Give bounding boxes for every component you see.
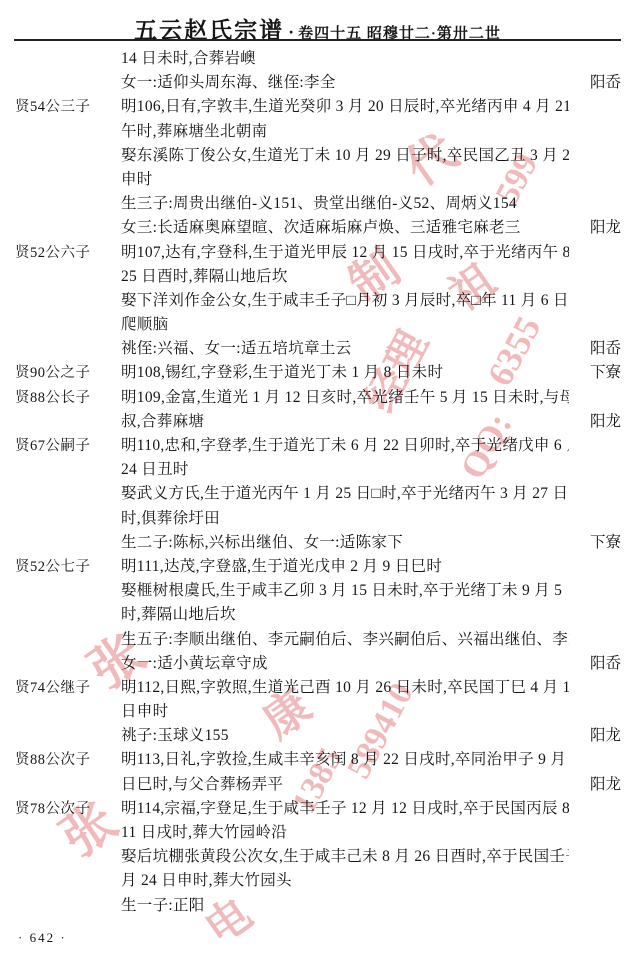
entry-text-line: 24 日丑时 <box>121 458 569 482</box>
record-row: 祧侄:兴福、女一:适五培坑章土云阳岙 <box>15 337 621 361</box>
record-row: 月 24 日申时,葬大竹园头 <box>15 869 621 893</box>
record-row: 娶后坑棚张黄段公次女,生于咸丰己未 8 月 26 日酉时,卒于民国壬子 11 <box>15 845 621 869</box>
place-tag: 阳岙 <box>569 71 621 95</box>
record-row: 贤52公六子明107,达有,字登科,生于道光甲辰 12 月 15 日戌时,卒于光… <box>15 241 621 265</box>
margin-generation-label: 贤52公六子 <box>15 241 121 265</box>
place-tag: 阳龙 <box>569 724 621 748</box>
header-divider <box>14 39 621 41</box>
record-row: 娶东溪陈丁俊公女,生道光丁未 10 月 29 日子时,卒民国乙丑 3 月 29 … <box>15 144 621 168</box>
margin-generation-label: 贤78公次子 <box>15 797 121 821</box>
entry-text-line: 娶武义方氏,生于道光丙午 1 月 25 日□时,卒于光绪丙午 3 月 27 日未 <box>121 482 569 506</box>
record-row: 贤52公七子明111,达茂,字登盛,生于道光戊申 2 月 9 日巳时 <box>15 555 621 579</box>
record-row: 日申时 <box>15 700 621 724</box>
entry-text-line: 明106,日有,字敦丰,生道光癸卯 3 月 20 日辰时,卒光绪丙申 4 月 2… <box>121 95 569 119</box>
place-tag: 阳龙 <box>569 216 621 240</box>
entry-text-line: 祧子:玉球义155 <box>121 724 569 748</box>
record-row: 贤88公次子明113,日礼,字敦捡,生咸丰辛亥闰 8 月 22 日戌时,卒同治甲… <box>15 748 621 772</box>
entry-text-line: 明113,日礼,字敦捡,生咸丰辛亥闰 8 月 22 日戌时,卒同治甲子 9 月 … <box>121 748 569 772</box>
entry-text-line: 明114,宗福,字登足,生于咸丰壬子 12 月 12 日戌时,卒于民国丙辰 8 … <box>121 797 569 821</box>
entry-text-line: 生三子:周贵出继伯-义151、贵堂出继伯-义52、周炳义154 <box>121 192 569 216</box>
place-tag: 阳龙 <box>569 773 621 797</box>
record-row: 爬顺脑 <box>15 313 621 337</box>
entry-text-line: 明108,锡红,字登彩,生于道光丁未 1 月 8 日未时 <box>121 361 569 385</box>
record-row: 申时 <box>15 168 621 192</box>
record-row: 女三:长适麻奥麻望暄、次适麻垢麻卢焕、三适雅宅麻老三阳龙 <box>15 216 621 240</box>
record-row: 贤67公嗣子明110,忠和,字登孝,生于道光丁未 6 月 22 日卯时,卒于光绪… <box>15 434 621 458</box>
record-row: 25 日酉时,葬隔山地后坎 <box>15 265 621 289</box>
record-row: 贤88公长子明109,金富,生道光 1 月 12 日亥时,卒光绪壬午 5 月 1… <box>15 386 621 410</box>
record-row: 生三子:周贵出继伯-义151、贵堂出继伯-义52、周炳义154 <box>15 192 621 216</box>
entry-text-line: 午时,葬麻塘坐北朝南 <box>121 120 569 144</box>
entry-text-line: 生一子:正阳 <box>121 894 569 918</box>
entry-text-line: 日巳时,与父合葬杨弄平 <box>121 773 569 797</box>
margin-generation-label: 贤67公嗣子 <box>15 434 121 458</box>
record-row: 14 日未时,合葬岩㠗 <box>15 47 621 71</box>
entry-text-line: 娶后坑棚张黄段公次女,生于咸丰己未 8 月 26 日酉时,卒于民国壬子 11 <box>121 845 569 869</box>
record-row: 生五子:李顺出继伯、李元嗣伯后、李兴嗣伯后、兴福出继伯、李才 <box>15 628 621 652</box>
margin-generation-label: 贤52公七子 <box>15 555 121 579</box>
entry-text-line: 月 24 日申时,葬大竹园头 <box>121 869 569 893</box>
record-row: 时,葬隔山地后坎 <box>15 603 621 627</box>
entry-text-line: 生五子:李顺出继伯、李元嗣伯后、李兴嗣伯后、兴福出继伯、李才 <box>121 628 569 652</box>
margin-generation-label: 贤88公次子 <box>15 748 121 772</box>
record-row: 娶武义方氏,生于道光丙午 1 月 25 日□时,卒于光绪丙午 3 月 27 日未 <box>15 482 621 506</box>
entry-text-line: 明112,日熙,字敦照,生道光己酉 10 月 26 日未时,卒民国丁巳 4 月 … <box>121 676 569 700</box>
entry-text-line: 娶东溪陈丁俊公女,生道光丁未 10 月 29 日子时,卒民国乙丑 3 月 29 … <box>121 144 569 168</box>
record-row: 24 日丑时 <box>15 458 621 482</box>
entry-text-line: 叔,合葬麻塘 <box>121 410 569 434</box>
margin-generation-label: 贤88公长子 <box>15 386 121 410</box>
entry-text-line: 明109,金富,生道光 1 月 12 日亥时,卒光绪壬午 5 月 15 日未时,… <box>121 386 569 410</box>
record-row: 11 日戌时,葬大竹园岭沿 <box>15 821 621 845</box>
record-row: 贤90公之子明108,锡红,字登彩,生于道光丁未 1 月 8 日未时下寮 <box>15 361 621 385</box>
place-tag: 阳岙 <box>569 337 621 361</box>
entry-text-line: 申时 <box>121 168 569 192</box>
record-row: 贤78公次子明114,宗福,字登足,生于咸丰壬子 12 月 12 日戌时,卒于民… <box>15 797 621 821</box>
record-row: 娶榧树根虞氏,生于咸丰乙卯 3 月 15 日未时,卒于光绪丁未 9 月 5 日酉 <box>15 579 621 603</box>
entry-text-line: 明107,达有,字登科,生于道光甲辰 12 月 15 日戌时,卒于光绪丙午 8 … <box>121 241 569 265</box>
place-tag: 下寮 <box>569 361 621 385</box>
place-tag: 下寮 <box>569 531 621 555</box>
record-row: 生一子:正阳 <box>15 894 621 918</box>
record-row: 午时,葬麻塘坐北朝南 <box>15 120 621 144</box>
records-list: 14 日未时,合葬岩㠗女一:适仰头周东海、继侄:李全阳岙贤54公三子明106,日… <box>15 47 621 918</box>
entry-text-line: 娶榧树根虞氏,生于咸丰乙卯 3 月 15 日未时,卒于光绪丁未 9 月 5 日酉 <box>121 579 569 603</box>
entry-text-line: 25 日酉时,葬隔山地后坎 <box>121 265 569 289</box>
place-tag: 阳岙 <box>569 652 621 676</box>
record-row: 女一:适仰头周东海、继侄:李全阳岙 <box>15 71 621 95</box>
record-row: 叔,合葬麻塘阳龙 <box>15 410 621 434</box>
entry-text-line: 时,葬隔山地后坎 <box>121 603 569 627</box>
entry-text-line: 爬顺脑 <box>121 313 569 337</box>
record-row: 娶下洋刘作金公女,生于咸丰壬子□月初 3 月辰时,卒□年 11 月 6 日,葬 <box>15 289 621 313</box>
margin-generation-label: 贤74公继子 <box>15 676 121 700</box>
genealogy-page: 代599制祖经理6355QQ:张康5894101385张电 五云赵氏宗谱·卷四十… <box>0 0 635 968</box>
margin-generation-label: 贤54公三子 <box>15 95 121 119</box>
entry-text-line: 娶下洋刘作金公女,生于咸丰壬子□月初 3 月辰时,卒□年 11 月 6 日,葬 <box>121 289 569 313</box>
entry-text-line: 祧侄:兴福、女一:适五培坑章土云 <box>121 337 569 361</box>
entry-text-line: 明110,忠和,字登孝,生于道光丁未 6 月 22 日卯时,卒于光绪戊申 6 月 <box>121 434 569 458</box>
record-row: 贤54公三子明106,日有,字敦丰,生道光癸卯 3 月 20 日辰时,卒光绪丙申… <box>15 95 621 119</box>
entry-text-line: 明111,达茂,字登盛,生于道光戊申 2 月 9 日巳时 <box>121 555 569 579</box>
entry-text-line: 生二子:陈标,兴标出继伯、女一:适陈家下 <box>121 531 569 555</box>
entry-text-line: 11 日戌时,葬大竹园岭沿 <box>121 821 569 845</box>
place-tag: 阳龙 <box>569 410 621 434</box>
record-row: 女一:适小黄坛章守成阳岙 <box>15 652 621 676</box>
page-number: · 642 · <box>18 930 67 946</box>
record-row: 日巳时,与父合葬杨弄平阳龙 <box>15 773 621 797</box>
entry-text-line: 女一:适小黄坛章守成 <box>121 652 569 676</box>
record-row: 贤74公继子明112,日熙,字敦照,生道光己酉 10 月 26 日未时,卒民国丁… <box>15 676 621 700</box>
entry-text-line: 女三:长适麻奥麻望暄、次适麻垢麻卢焕、三适雅宅麻老三 <box>121 216 569 240</box>
entry-text-line: 时,俱葬徐圩田 <box>121 507 569 531</box>
entry-text-line: 女一:适仰头周东海、继侄:李全 <box>121 71 569 95</box>
record-row: 时,俱葬徐圩田 <box>15 507 621 531</box>
record-row: 祧子:玉球义155阳龙 <box>15 724 621 748</box>
entry-text-line: 日申时 <box>121 700 569 724</box>
entry-text-line: 14 日未时,合葬岩㠗 <box>121 47 569 71</box>
record-row: 生二子:陈标,兴标出继伯、女一:适陈家下下寮 <box>15 531 621 555</box>
margin-generation-label: 贤90公之子 <box>15 361 121 385</box>
